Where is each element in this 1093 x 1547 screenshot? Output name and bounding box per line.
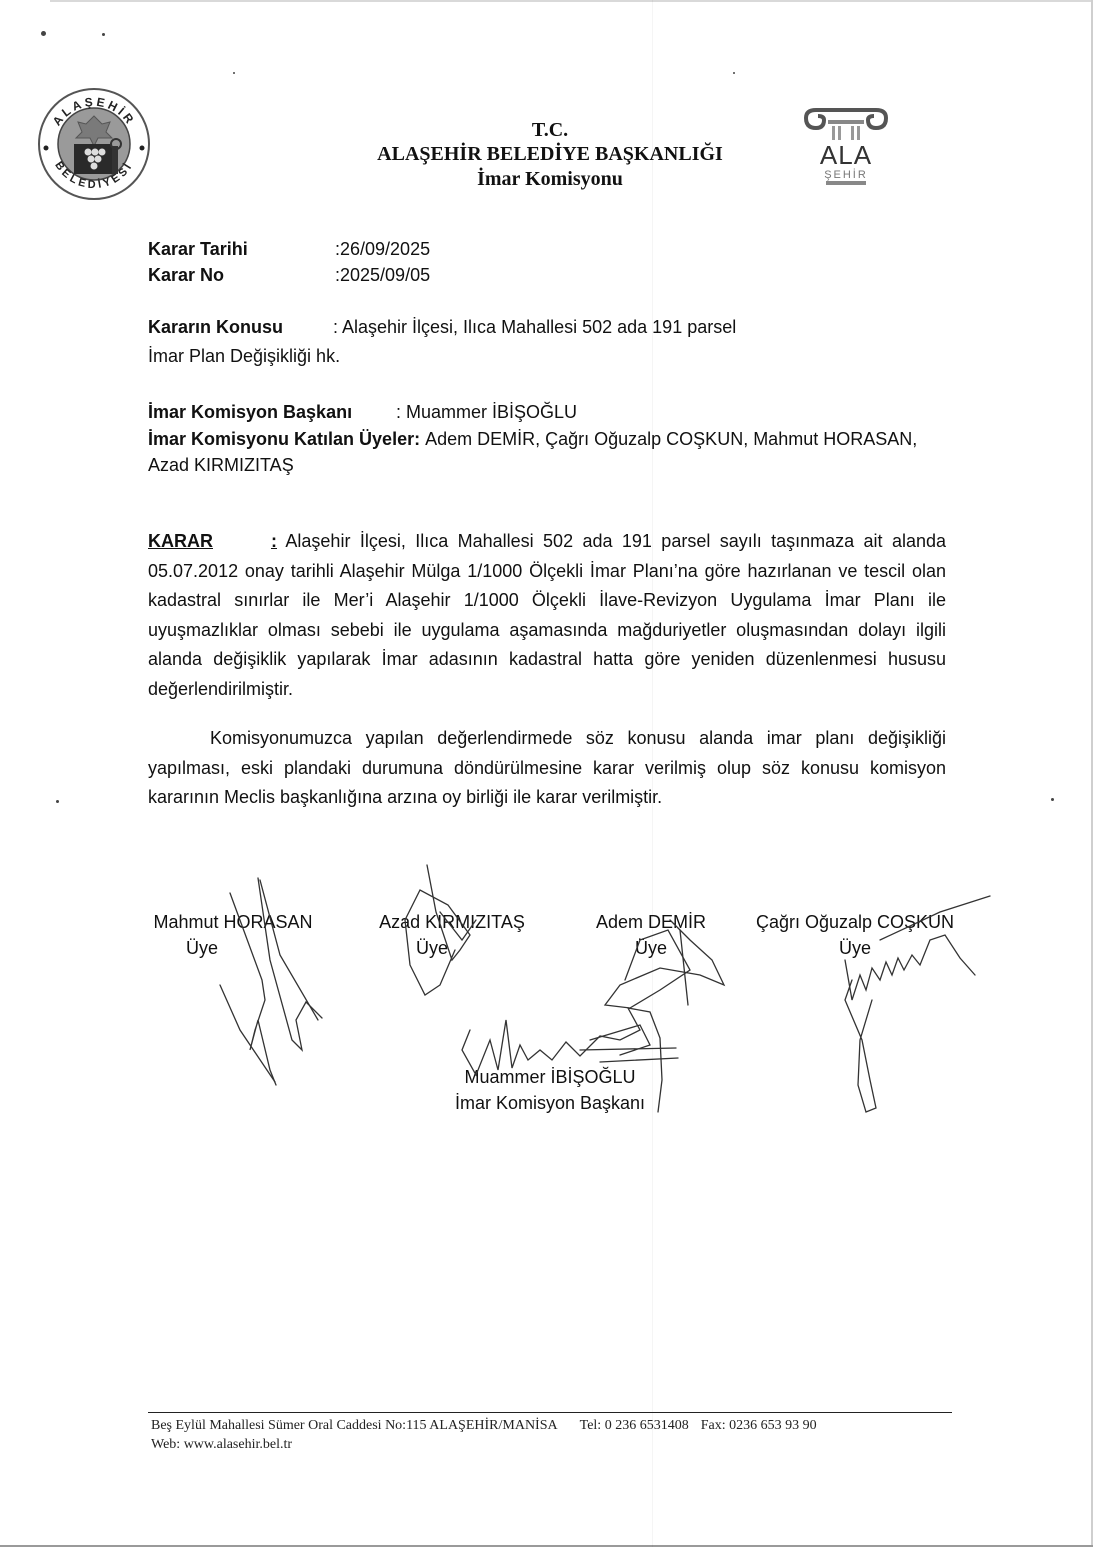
scan-edge-top	[50, 0, 1093, 2]
decision-date-label: Karar Tarihi	[148, 236, 335, 262]
signatory-name: Muammer İBİŞOĞLU	[440, 1064, 660, 1090]
signature-block-coskun: Çağrı Oğuzalp COŞKUN Üye	[750, 909, 960, 961]
scan-speck	[56, 800, 59, 803]
commission-members-continuation: Azad KIRMIZITAŞ	[148, 452, 294, 478]
decision-subject-label: Kararın Konusu	[148, 314, 333, 340]
decision-subject-continuation: İmar Plan Değişikliği hk.	[148, 343, 340, 369]
decision-number-value: :2025/09/05	[335, 265, 430, 285]
signatory-role: İmar Komisyon Başkanı	[440, 1090, 660, 1116]
scan-speck	[41, 31, 46, 36]
signature-block-ibisoglu: Muammer İBİŞOĞLU İmar Komisyon Başkanı	[440, 1064, 660, 1116]
alasehir-column-logo: ALA ŞEHİR	[800, 108, 892, 188]
commission-members-value: Adem DEMİR, Çağrı Oğuzalp COŞKUN, Mahmut…	[425, 429, 917, 449]
footer: Beş Eylül Mahallesi Sümer Oral Caddesi N…	[151, 1416, 817, 1454]
letterhead: T.C. ALAŞEHİR BELEDİYE BAŞKANLIĞI İmar K…	[340, 118, 760, 192]
document-page: ALAŞEHİR BELEDİYESİ T.C. ALAŞEHİR BELEDİ…	[0, 0, 1093, 1547]
signatory-name: Adem DEMİR	[588, 909, 714, 935]
decision-paragraph-2: Komisyonumuzca yapılan değerlendirmede s…	[148, 724, 946, 813]
footer-fax: Fax: 0236 653 93 90	[701, 1418, 817, 1433]
footer-address: Beş Eylül Mahallesi Sümer Oral Caddesi N…	[151, 1418, 558, 1433]
footer-divider	[148, 1412, 952, 1413]
scan-speck	[102, 33, 105, 36]
commission-chair-label: İmar Komisyon Başkanı	[148, 399, 396, 425]
footer-tel: Tel: 0 236 6531408	[580, 1418, 689, 1433]
decision-date-row: Karar Tarihi:26/09/2025	[148, 236, 430, 262]
signatory-name: Çağrı Oğuzalp COŞKUN	[750, 909, 960, 935]
decision-date-value: :26/09/2025	[335, 239, 430, 259]
scan-speck	[1051, 798, 1054, 801]
signatory-role: Üye	[750, 935, 960, 961]
footer-web: Web: www.alasehir.bel.tr	[151, 1435, 817, 1454]
scan-speck	[733, 72, 735, 74]
decision-text-2: Komisyonumuzca yapılan değerlendirmede s…	[148, 728, 946, 807]
municipality-seal-logo: ALAŞEHİR BELEDİYESİ	[36, 86, 152, 202]
letterhead-tc: T.C.	[340, 118, 760, 142]
signature-block-demir: Adem DEMİR Üye	[588, 909, 714, 961]
decision-paragraph-1: KARAR: Alaşehir İlçesi, Ilıca Mahallesi …	[148, 527, 946, 704]
commission-members-row: İmar Komisyonu Katılan Üyeler: Adem DEMİ…	[148, 426, 948, 452]
decision-number-row: Karar No:2025/09/05	[148, 262, 430, 288]
signatory-name: Mahmut HORASAN	[148, 909, 318, 935]
commission-chair-value: : Muammer İBİŞOĞLU	[396, 402, 577, 422]
letterhead-municipality: ALAŞEHİR BELEDİYE BAŞKANLIĞI	[340, 142, 760, 167]
decision-text: Alaşehir İlçesi, Ilıca Mahallesi 502 ada…	[148, 531, 946, 699]
svg-text:ALA: ALA	[820, 140, 872, 170]
signature-block-kirmizitas: Azad KIRMIZITAŞ Üye	[372, 909, 532, 961]
decision-subject-row: Kararın Konusu: Alaşehir İlçesi, Ilıca M…	[148, 314, 736, 340]
signature-block-horasan: Mahmut HORASAN Üye	[148, 909, 318, 961]
commission-chair-row: İmar Komisyon Başkanı: Muammer İBİŞOĞLU	[148, 399, 577, 425]
decision-subject-value: : Alaşehir İlçesi, Ilıca Mahallesi 502 a…	[333, 317, 736, 337]
footer-contact-line: Beş Eylül Mahallesi Sümer Oral Caddesi N…	[151, 1416, 817, 1435]
commission-members-label: İmar Komisyonu Katılan Üyeler:	[148, 426, 420, 452]
signatory-role: Üye	[372, 935, 532, 961]
decision-label: KARAR:	[148, 531, 277, 551]
signatory-role: Üye	[148, 935, 318, 961]
signatory-role: Üye	[588, 935, 714, 961]
signatory-name: Azad KIRMIZITAŞ	[372, 909, 532, 935]
letterhead-department: İmar Komisyonu	[340, 167, 760, 192]
svg-text:ŞEHİR: ŞEHİR	[824, 168, 868, 181]
decision-number-label: Karar No	[148, 262, 335, 288]
scan-speck	[233, 72, 235, 74]
